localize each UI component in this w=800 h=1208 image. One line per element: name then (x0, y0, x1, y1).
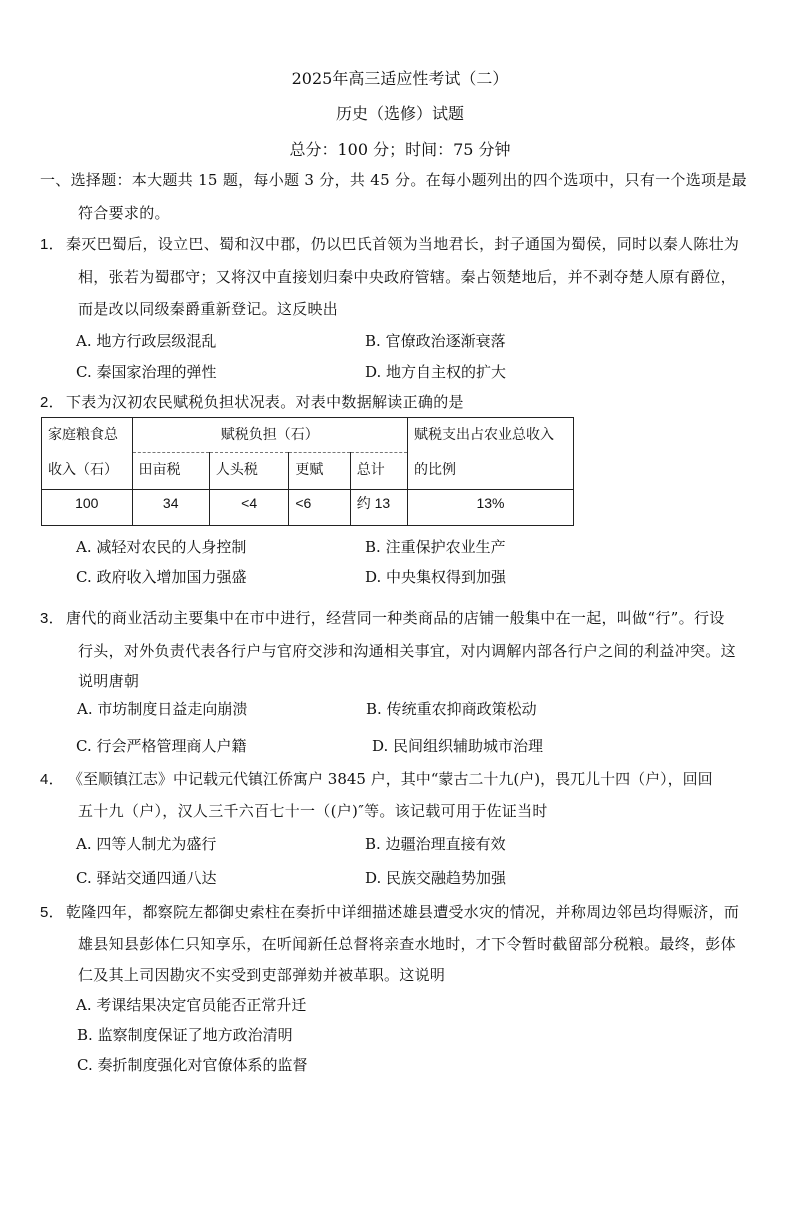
section-instructions-line1: 一、选择题：本大题共 15 题，每小题 3 分，共 45 分。在每小题列出的四个… (40, 169, 747, 190)
question-text-line: 而是改以同级秦爵重新登记。这反映出 (78, 298, 338, 319)
option-label: C. (76, 568, 92, 586)
table-cell: <4 (209, 489, 288, 525)
option-b[interactable]: B. 边疆治理直接有效 (365, 833, 506, 854)
option-label: A. (76, 835, 92, 853)
option-c[interactable]: C. 秦国家治理的弹性 (76, 361, 217, 382)
option-b[interactable]: B. 传统重农抑商政策松动 (366, 698, 537, 719)
option-a[interactable]: A. 减轻对农民的人身控制 (76, 536, 246, 557)
question-text-line: 五十九（户），汉人三千六百七十一（(户)″等。该记载可用于佐证当时 (78, 800, 548, 821)
option-label: A. (76, 332, 92, 350)
option-c[interactable]: C. 政府收入增加国力强盛 (76, 566, 247, 587)
question-text-line: 行头，对外负责代表各行户与官府交涉和沟通相关事宜，对内调解内部各行户之间的利益冲… (78, 640, 736, 661)
option-text: 民间组织辅助城市治理 (393, 737, 543, 755)
option-d[interactable]: D. 地方自主权的扩大 (365, 361, 506, 382)
table-subheader: 人头税 (209, 453, 288, 490)
option-label: B. (77, 1026, 93, 1044)
option-label: B. (365, 538, 381, 556)
option-text: 地方行政层级混乱 (96, 332, 216, 350)
question-text-line: 《至顺镇江志》中记载元代镇江侨寓户 3845 户，其中“蒙古二十九(户)，畏兀儿… (68, 768, 713, 789)
option-a[interactable]: A. 四等人制尤为盛行 (76, 833, 216, 854)
question-number: 4． (40, 768, 64, 789)
option-label: D. (365, 363, 381, 381)
option-a[interactable]: A. 市坊制度日益走向崩溃 (77, 698, 247, 719)
option-c[interactable]: C. 驿站交通四通八达 (76, 867, 217, 888)
question-text-line: 说明唐朝 (78, 670, 139, 691)
question-number: 5． (40, 901, 64, 922)
option-d[interactable]: D. 民间组织辅助城市治理 (372, 735, 543, 756)
question-text-line: 秦灭巴蜀后，设立巴、蜀和汉中郡，仍以巴氏首领为当地君长，封子通国为蜀侯，同时以秦… (66, 233, 739, 254)
table-header-income-line1: 家庭粮食总 (42, 418, 133, 453)
option-label: B. (365, 835, 381, 853)
question-text-line: 雄县知县彭体仁只知享乐，在听闻新任总督将亲查水地时，才下令暂时截留部分税粮。最终… (78, 933, 736, 954)
table-cell: 13% (408, 489, 574, 525)
option-label: D. (365, 869, 381, 887)
option-a[interactable]: A. 考课结果决定官员能否正常升迁 (76, 994, 306, 1015)
exam-title: 2025年高三适应性考试（二） (0, 66, 800, 89)
table-subheader: 更赋 (289, 453, 350, 490)
table-header-ratio-line1: 赋税支出占农业总收入 (408, 418, 574, 453)
table-cell: 约 13 (350, 489, 407, 525)
option-text: 边疆治理直接有效 (386, 835, 506, 853)
table-subheader: 总计 (350, 453, 407, 490)
option-label: C. (76, 869, 92, 887)
question-text-line: 相，张若为蜀郡守；又将汉中直接划归秦中央政府管辖。秦占领楚地后，并不剥夺楚人原有… (78, 266, 736, 287)
option-label: A. (76, 996, 92, 1014)
table-cell: <6 (289, 489, 350, 525)
option-d[interactable]: D. 民族交融趋势加强 (365, 867, 506, 888)
option-text: 四等人制尤为盛行 (96, 835, 216, 853)
option-label: C. (76, 363, 92, 381)
option-text: 注重保护农业生产 (386, 538, 506, 556)
option-b[interactable]: B. 官僚政治逐渐衰落 (365, 330, 506, 351)
option-label: D. (372, 737, 388, 755)
option-label: B. (365, 332, 381, 350)
option-b[interactable]: B. 监察制度保证了地方政治清明 (77, 1024, 293, 1045)
section-instructions-line2: 符合要求的。 (78, 202, 170, 223)
option-label: C. (76, 737, 92, 755)
exam-meta: 总分：100 分；时间：75 分钟 (0, 137, 800, 160)
tax-burden-table: 家庭粮食总 赋税负担（石） 赋税支出占农业总收入 收入（石） 田亩税 人头税 更… (41, 417, 574, 526)
question-text-line: 乾隆四年，都察院左都御史索柱在奏折中详细描述雄县遭受水灾的情况，并称周边邻邑均得… (66, 901, 739, 922)
option-label: B. (366, 700, 382, 718)
option-text: 驿站交通四通八达 (97, 869, 217, 887)
option-d[interactable]: D. 中央集权得到加强 (365, 566, 506, 587)
option-label: A. (76, 538, 92, 556)
option-label: C. (77, 1056, 93, 1074)
option-text: 官僚政治逐渐衰落 (386, 332, 506, 350)
question-text-line: 唐代的商业活动主要集中在市中进行，经营同一种类商品的店铺一般集中在一起，叫做“行… (66, 607, 725, 628)
table-cell: 100 (42, 489, 133, 525)
option-text: 行会严格管理商人户籍 (97, 737, 247, 755)
question-number: 2． (40, 391, 64, 412)
option-a[interactable]: A. 地方行政层级混乱 (76, 330, 216, 351)
option-text: 中央集权得到加强 (386, 568, 506, 586)
option-c[interactable]: C. 行会严格管理商人户籍 (76, 735, 247, 756)
exam-subtitle: 历史（选修）试题 (0, 101, 800, 124)
table-header-ratio-line2: 的比例 (408, 453, 574, 490)
question-text-line: 仁及其上司因勘灾不实受到吏部弹劾并被革职。这说明 (78, 964, 445, 985)
option-text: 政府收入增加国力强盛 (97, 568, 247, 586)
option-text: 减轻对农民的人身控制 (96, 538, 246, 556)
table-cell: 34 (132, 489, 209, 525)
option-label: A. (77, 700, 93, 718)
option-text: 市坊制度日益走向崩溃 (97, 700, 247, 718)
option-text: 地方自主权的扩大 (386, 363, 506, 381)
option-text: 考课结果决定官员能否正常升迁 (96, 996, 306, 1014)
table-header-tax-burden: 赋税负担（石） (132, 418, 408, 453)
question-number: 3． (40, 607, 64, 628)
option-label: D. (365, 568, 381, 586)
table-subheader: 田亩税 (132, 453, 209, 490)
option-text: 秦国家治理的弹性 (97, 363, 217, 381)
option-text: 传统重农抑商政策松动 (387, 700, 537, 718)
table-row: 100 34 <4 <6 约 13 13% (42, 489, 574, 525)
option-c[interactable]: C. 奏折制度强化对官僚体系的监督 (77, 1054, 308, 1075)
option-text: 奏折制度强化对官僚体系的监督 (98, 1056, 308, 1074)
option-b[interactable]: B. 注重保护农业生产 (365, 536, 506, 557)
option-text: 民族交融趋势加强 (386, 869, 506, 887)
question-text-line: 下表为汉初农民赋税负担状况表。对表中数据解读正确的是 (66, 391, 464, 412)
option-text: 监察制度保证了地方政治清明 (98, 1026, 293, 1044)
table-header-income-line2: 收入（石） (42, 453, 133, 490)
question-number: 1． (40, 233, 64, 254)
